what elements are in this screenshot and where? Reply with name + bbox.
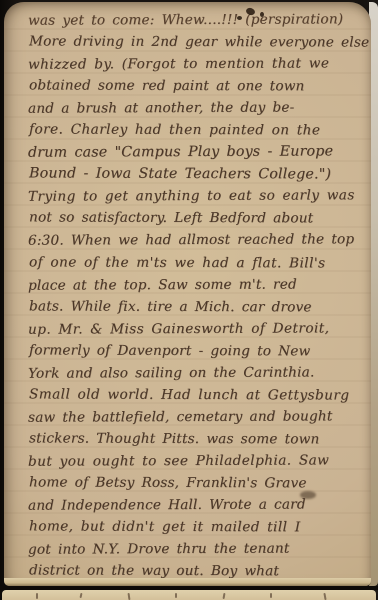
journal-line: obtained some red paint at one town	[29, 75, 364, 98]
journal-line: fore. Charley had then painted on the	[29, 119, 364, 142]
journal-line: place at the top. Saw some m't. red	[28, 273, 363, 297]
ink-blot	[237, 16, 242, 20]
journal-line: and a brush at another, the day be-	[28, 96, 363, 120]
journal-line: got into N.Y. Drove thru the tenant	[28, 537, 363, 561]
faint-writing-mark	[323, 593, 326, 600]
faint-writing-mark	[175, 593, 177, 598]
faint-writing-mark	[222, 593, 225, 599]
journal-line: Trying to get anything to eat so early w…	[28, 185, 363, 209]
journal-line: bats. While fix. tire a Mich. car drove	[29, 295, 364, 318]
journal-line: Small old world. Had lunch at Gettysburg	[29, 383, 364, 406]
journal-line: drum case "Campus Play boys - Europe	[28, 141, 363, 165]
page-bottom-edge	[4, 578, 371, 586]
journal-line: but you ought to see Philadelphia. Saw	[28, 449, 363, 473]
journal-line: 6:30. When we had allmost reached the to…	[28, 229, 363, 253]
journal-line: stickers. Thought Pitts. was some town	[29, 427, 364, 450]
journal-line: home, but didn't get it mailed till I	[29, 515, 364, 538]
journal-line: home of Betsy Ross, Franklin's Grave	[29, 471, 364, 494]
next-page-sliver	[2, 590, 376, 600]
ink-blot	[260, 12, 264, 17]
journal-line: of one of the m'ts we had a flat. Bill's	[29, 251, 364, 274]
journal-line: up. Mr. & Miss Gainesworth of Detroit,	[28, 317, 363, 341]
journal-line: More driving in 2nd gear while everyone …	[29, 30, 364, 53]
journal-line: whizzed by. (Forgot to mention that we	[28, 52, 363, 76]
journal-line: not so satisfactory. Left Bedford about	[29, 207, 364, 230]
faint-writing-mark	[80, 593, 83, 598]
faint-writing-mark	[270, 593, 272, 598]
journal-line: York and also sailing on the Carinthia.	[28, 361, 363, 385]
faint-writing-mark	[36, 593, 38, 599]
journal-line: saw the battlefield, cemetary and bought	[28, 405, 363, 429]
journal-line: Bound - Iowa State Teachers College.")	[29, 163, 364, 186]
journal-page: was yet to come: Whew....!!! (perspirati…	[4, 2, 371, 586]
faint-writing-mark	[128, 593, 131, 600]
journal-line: formerly of Davenport - going to New	[29, 339, 364, 362]
ink-smudge	[300, 491, 316, 499]
journal-photo: was yet to come: Whew....!!! (perspirati…	[0, 0, 378, 600]
journal-line: was yet to come: Whew....!!! (perspirati…	[28, 8, 363, 32]
